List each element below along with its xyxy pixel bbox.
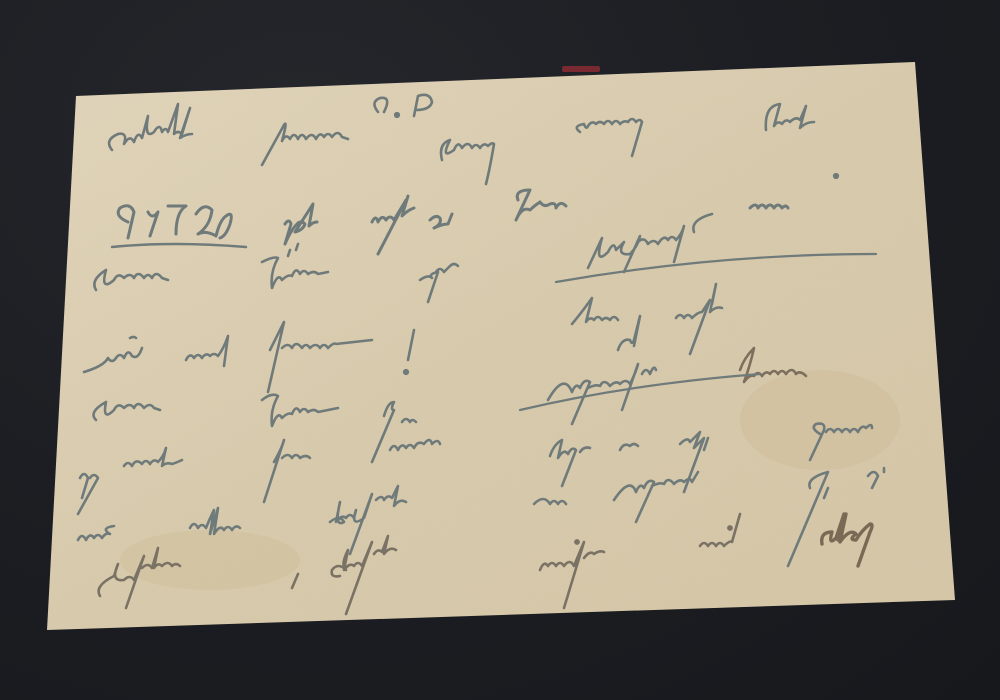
postcard: G.P. Erhalt haben Ihre Sendung Stoff 972… [0,0,1000,700]
